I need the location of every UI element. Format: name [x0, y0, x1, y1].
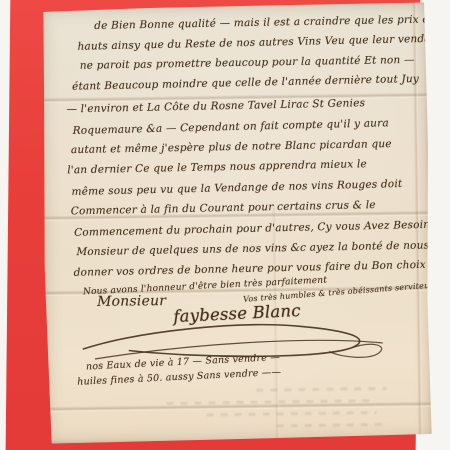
manuscript-line: Monsieur de quelques uns de nos vins &c … — [76, 239, 429, 258]
manuscript-line: étant Beaucoup moindre que celle de l'an… — [72, 73, 419, 93]
manuscript-line: de Bien Bonne qualité — mais il est a cr… — [94, 13, 450, 32]
ink-bleedthrough — [207, 411, 377, 416]
letter-photograph: de Bien Bonne qualité — mais il est a cr… — [0, 0, 450, 450]
manuscript-line: hauts ainsy que du Reste de nos autres V… — [77, 32, 450, 52]
manuscript-line: autant et même j'espère plus de notre Bl… — [71, 138, 392, 156]
manuscript-line: l'an dernier Ce que le Temps nous appren… — [67, 158, 367, 176]
ink-bleedthrough — [277, 423, 387, 428]
manuscript-line: Roquemaure &a — Cependant on fait compte… — [73, 117, 389, 137]
manuscript-line: même sous peu vu que la Vendange de nos … — [71, 178, 402, 198]
ink-bleedthrough — [256, 387, 386, 392]
manuscript-line: Commencement du prochain pour d'autres, … — [74, 219, 430, 239]
letter-paper: de Bien Bonne qualité — mais il est a cr… — [41, 2, 432, 443]
manuscript-line: donner vos ordres de bonne heure pour vo… — [74, 259, 426, 279]
manuscript-line: ne paroit pas promettre beaucoup pour la… — [80, 54, 415, 72]
